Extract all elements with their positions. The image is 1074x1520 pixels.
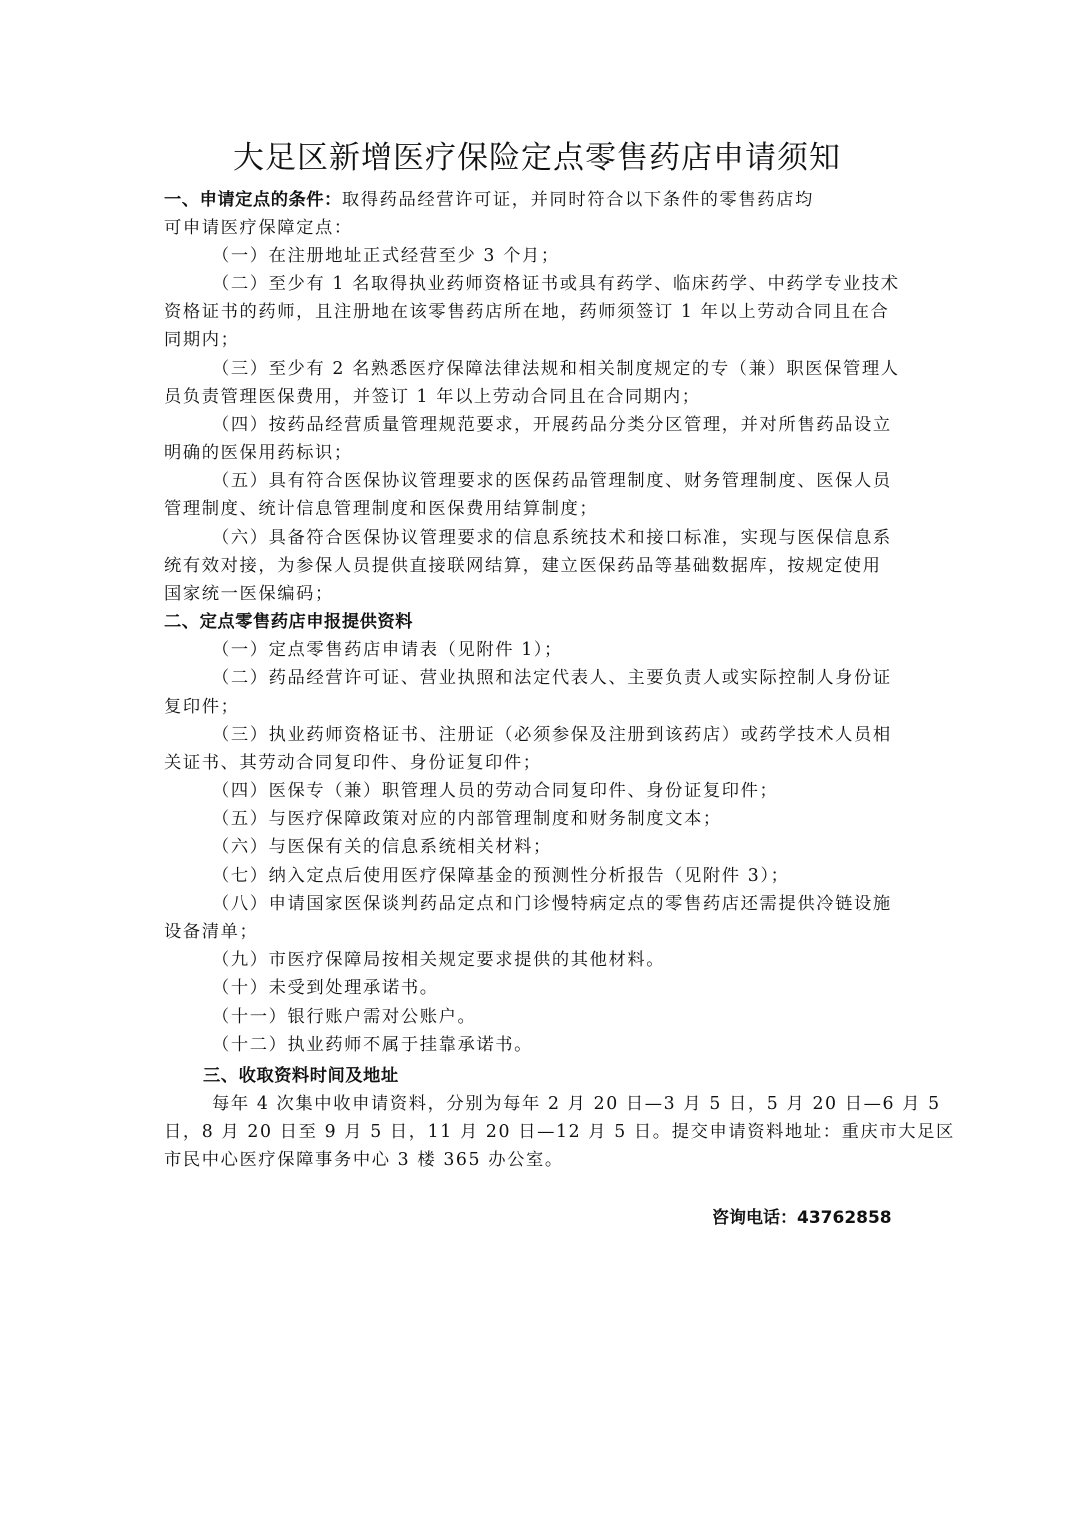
material-6: （六）与医保有关的信息系统相关材料；	[212, 833, 962, 861]
condition-5-line2: 管理制度、统计信息管理制度和医保费用结算制度；	[164, 495, 914, 523]
material-2-line2: 复印件；	[164, 693, 914, 721]
condition-3-line1: （三）至少有 2 名熟悉医疗保障法律法规和相关制度规定的专（兼）职医保管理人	[212, 355, 962, 383]
document-title: 大足区新增医疗保险定点零售药店申请须知	[0, 138, 1074, 178]
contact-phone: 咨询电话：43762858	[712, 1204, 892, 1232]
condition-2-line1: （二）至少有 1 名取得执业药师资格证书或具有药学、临床药学、中药学专业技术	[212, 270, 962, 298]
condition-5-line1: （五）具有符合医保协议管理要求的医保药品管理制度、财务管理制度、医保人员	[212, 467, 962, 495]
condition-4-line2: 明确的医保用药标识；	[164, 439, 914, 467]
material-8-line1: （八）申请国家医保谈判药品定点和门诊慢特病定点的零售药店还需提供冷链设施	[212, 890, 962, 918]
section3-heading: 三、收取资料时间及地址	[203, 1062, 953, 1090]
material-8-line2: 设备清单；	[164, 918, 914, 946]
condition-6-line1: （六）具备符合医保协议管理要求的信息系统技术和接口标准，实现与医保信息系	[212, 524, 962, 552]
material-2-line1: （二）药品经营许可证、营业执照和法定代表人、主要负责人或实际控制人身份证	[212, 664, 962, 692]
material-3-line2: 关证书、其劳动合同复印件、身份证复印件；	[164, 749, 914, 777]
section1-heading: 一、申请定点的条件：	[164, 190, 342, 210]
material-3-line1: （三）执业药师资格证书、注册证（必须参保及注册到该药店）或药学技术人员相	[212, 721, 962, 749]
condition-6-line3: 国家统一医保编码；	[164, 580, 914, 608]
material-4: （四）医保专（兼）职管理人员的劳动合同复印件、身份证复印件；	[212, 777, 962, 805]
condition-2-line3: 同期内；	[164, 326, 914, 354]
condition-4-line1: （四）按药品经营质量管理规范要求，开展药品分类分区管理，并对所售药品设立	[212, 411, 962, 439]
section1-intro: 一、申请定点的条件：取得药品经营许可证，并同时符合以下条件的零售药店均	[164, 186, 914, 214]
section3-line3: 市民中心医疗保障事务中心 3 楼 365 办公室。	[164, 1146, 914, 1174]
condition-2-line2: 资格证书的药师，且注册地在该零售药店所在地，药师须签订 1 年以上劳动合同且在合	[164, 298, 914, 326]
material-7: （七）纳入定点后使用医疗保障基金的预测性分析报告（见附件 3）；	[212, 862, 962, 890]
material-9: （九）市医疗保障局按相关规定要求提供的其他材料。	[212, 946, 962, 974]
section2-heading: 二、定点零售药店申报提供资料	[164, 608, 914, 636]
condition-3-line2: 员负责管理医保费用，并签订 1 年以上劳动合同且在合同期内；	[164, 383, 914, 411]
material-12: （十二）执业药师不属于挂靠承诺书。	[212, 1031, 962, 1059]
section1-intro-line2: 可申请医疗保障定点：	[164, 214, 914, 242]
section3-line2: 日，8 月 20 日至 9 月 5 日，11 月 20 日—12 月 5 日。提…	[164, 1118, 914, 1146]
document-page: 大足区新增医疗保险定点零售药店申请须知 一、申请定点的条件：取得药品经营许可证，…	[0, 0, 1074, 1520]
material-1: （一）定点零售药店申请表（见附件 1）；	[212, 636, 962, 664]
condition-6-line2: 统有效对接，为参保人员提供直接联网结算，建立医保药品等基础数据库，按规定使用	[164, 552, 914, 580]
section3-line1: 每年 4 次集中收申请资料，分别为每年 2 月 20 日—3 月 5 日，5 月…	[212, 1090, 962, 1118]
material-10: （十）未受到处理承诺书。	[212, 974, 962, 1002]
condition-1: （一）在注册地址正式经营至少 3 个月；	[212, 242, 962, 270]
material-11: （十一）银行账户需对公账户。	[212, 1003, 962, 1031]
material-5: （五）与医疗保障政策对应的内部管理制度和财务制度文本；	[212, 805, 962, 833]
